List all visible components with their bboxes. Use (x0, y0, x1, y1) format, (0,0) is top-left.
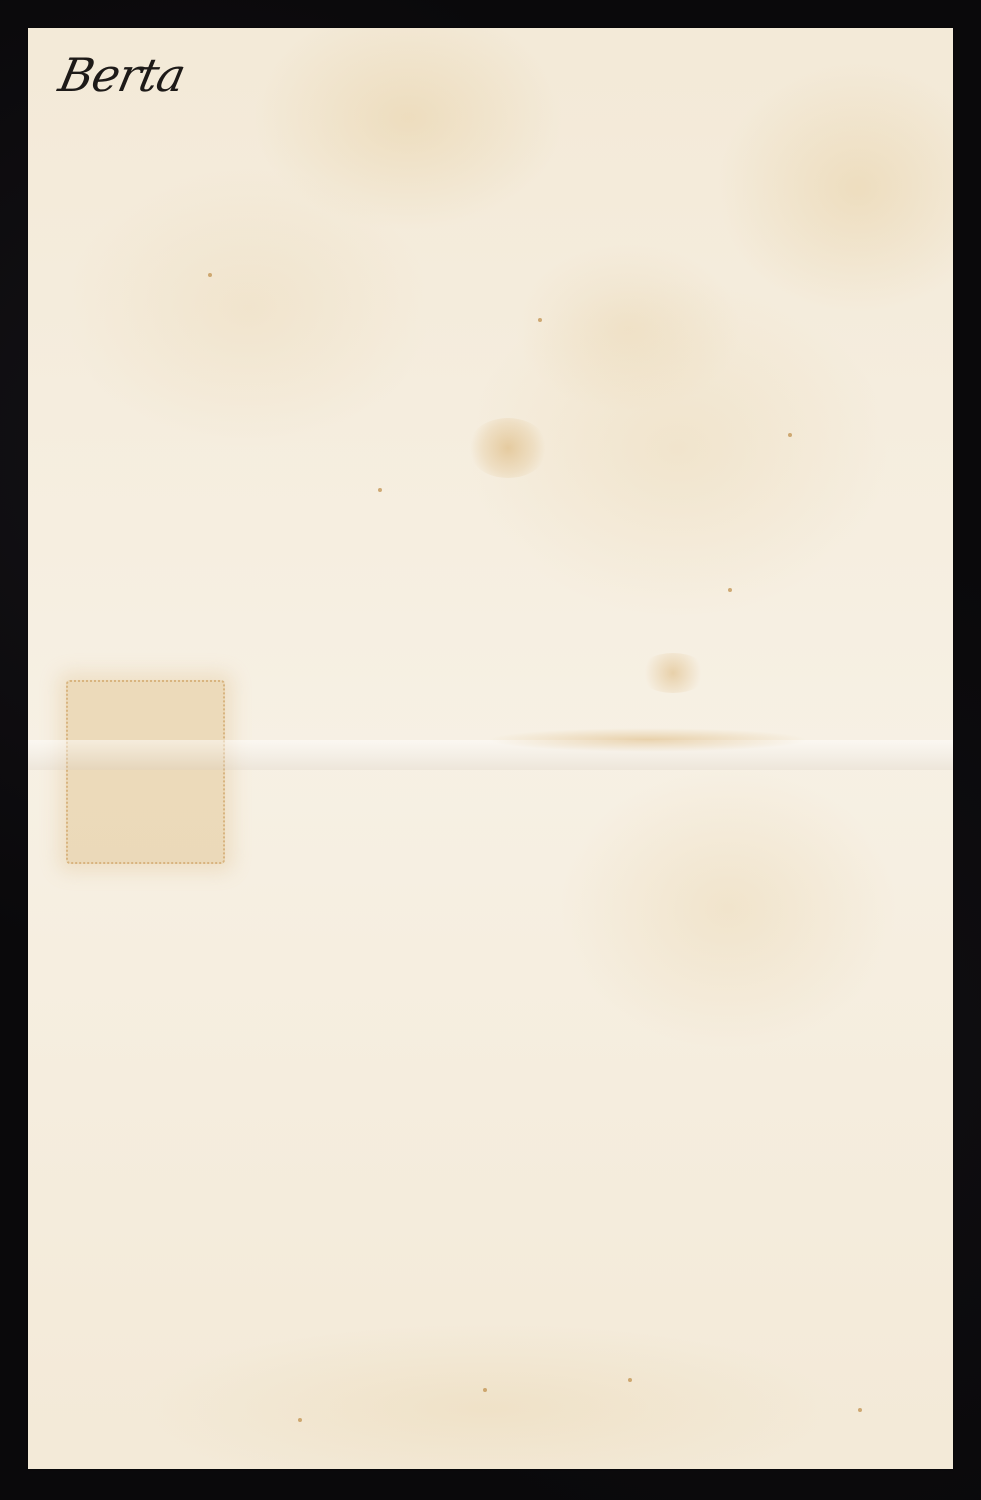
paper-sheet: Berta (28, 28, 953, 1469)
foxing-stain (638, 653, 708, 693)
foxing-speck (208, 273, 212, 277)
handwritten-name: Berta (54, 48, 189, 102)
foxing-speck (628, 1378, 632, 1382)
foxing-speck (728, 588, 732, 592)
fold-stain (488, 728, 808, 752)
foxing-speck (788, 433, 792, 437)
foxing-speck (538, 318, 542, 322)
foxing-speck (483, 1388, 487, 1392)
foxing-speck (858, 1408, 862, 1412)
scan-background: Berta (0, 0, 981, 1500)
stamp-stain (66, 680, 225, 864)
foxing-speck (298, 1418, 302, 1422)
foxing-speck (378, 488, 382, 492)
foxing-stain (468, 418, 548, 478)
